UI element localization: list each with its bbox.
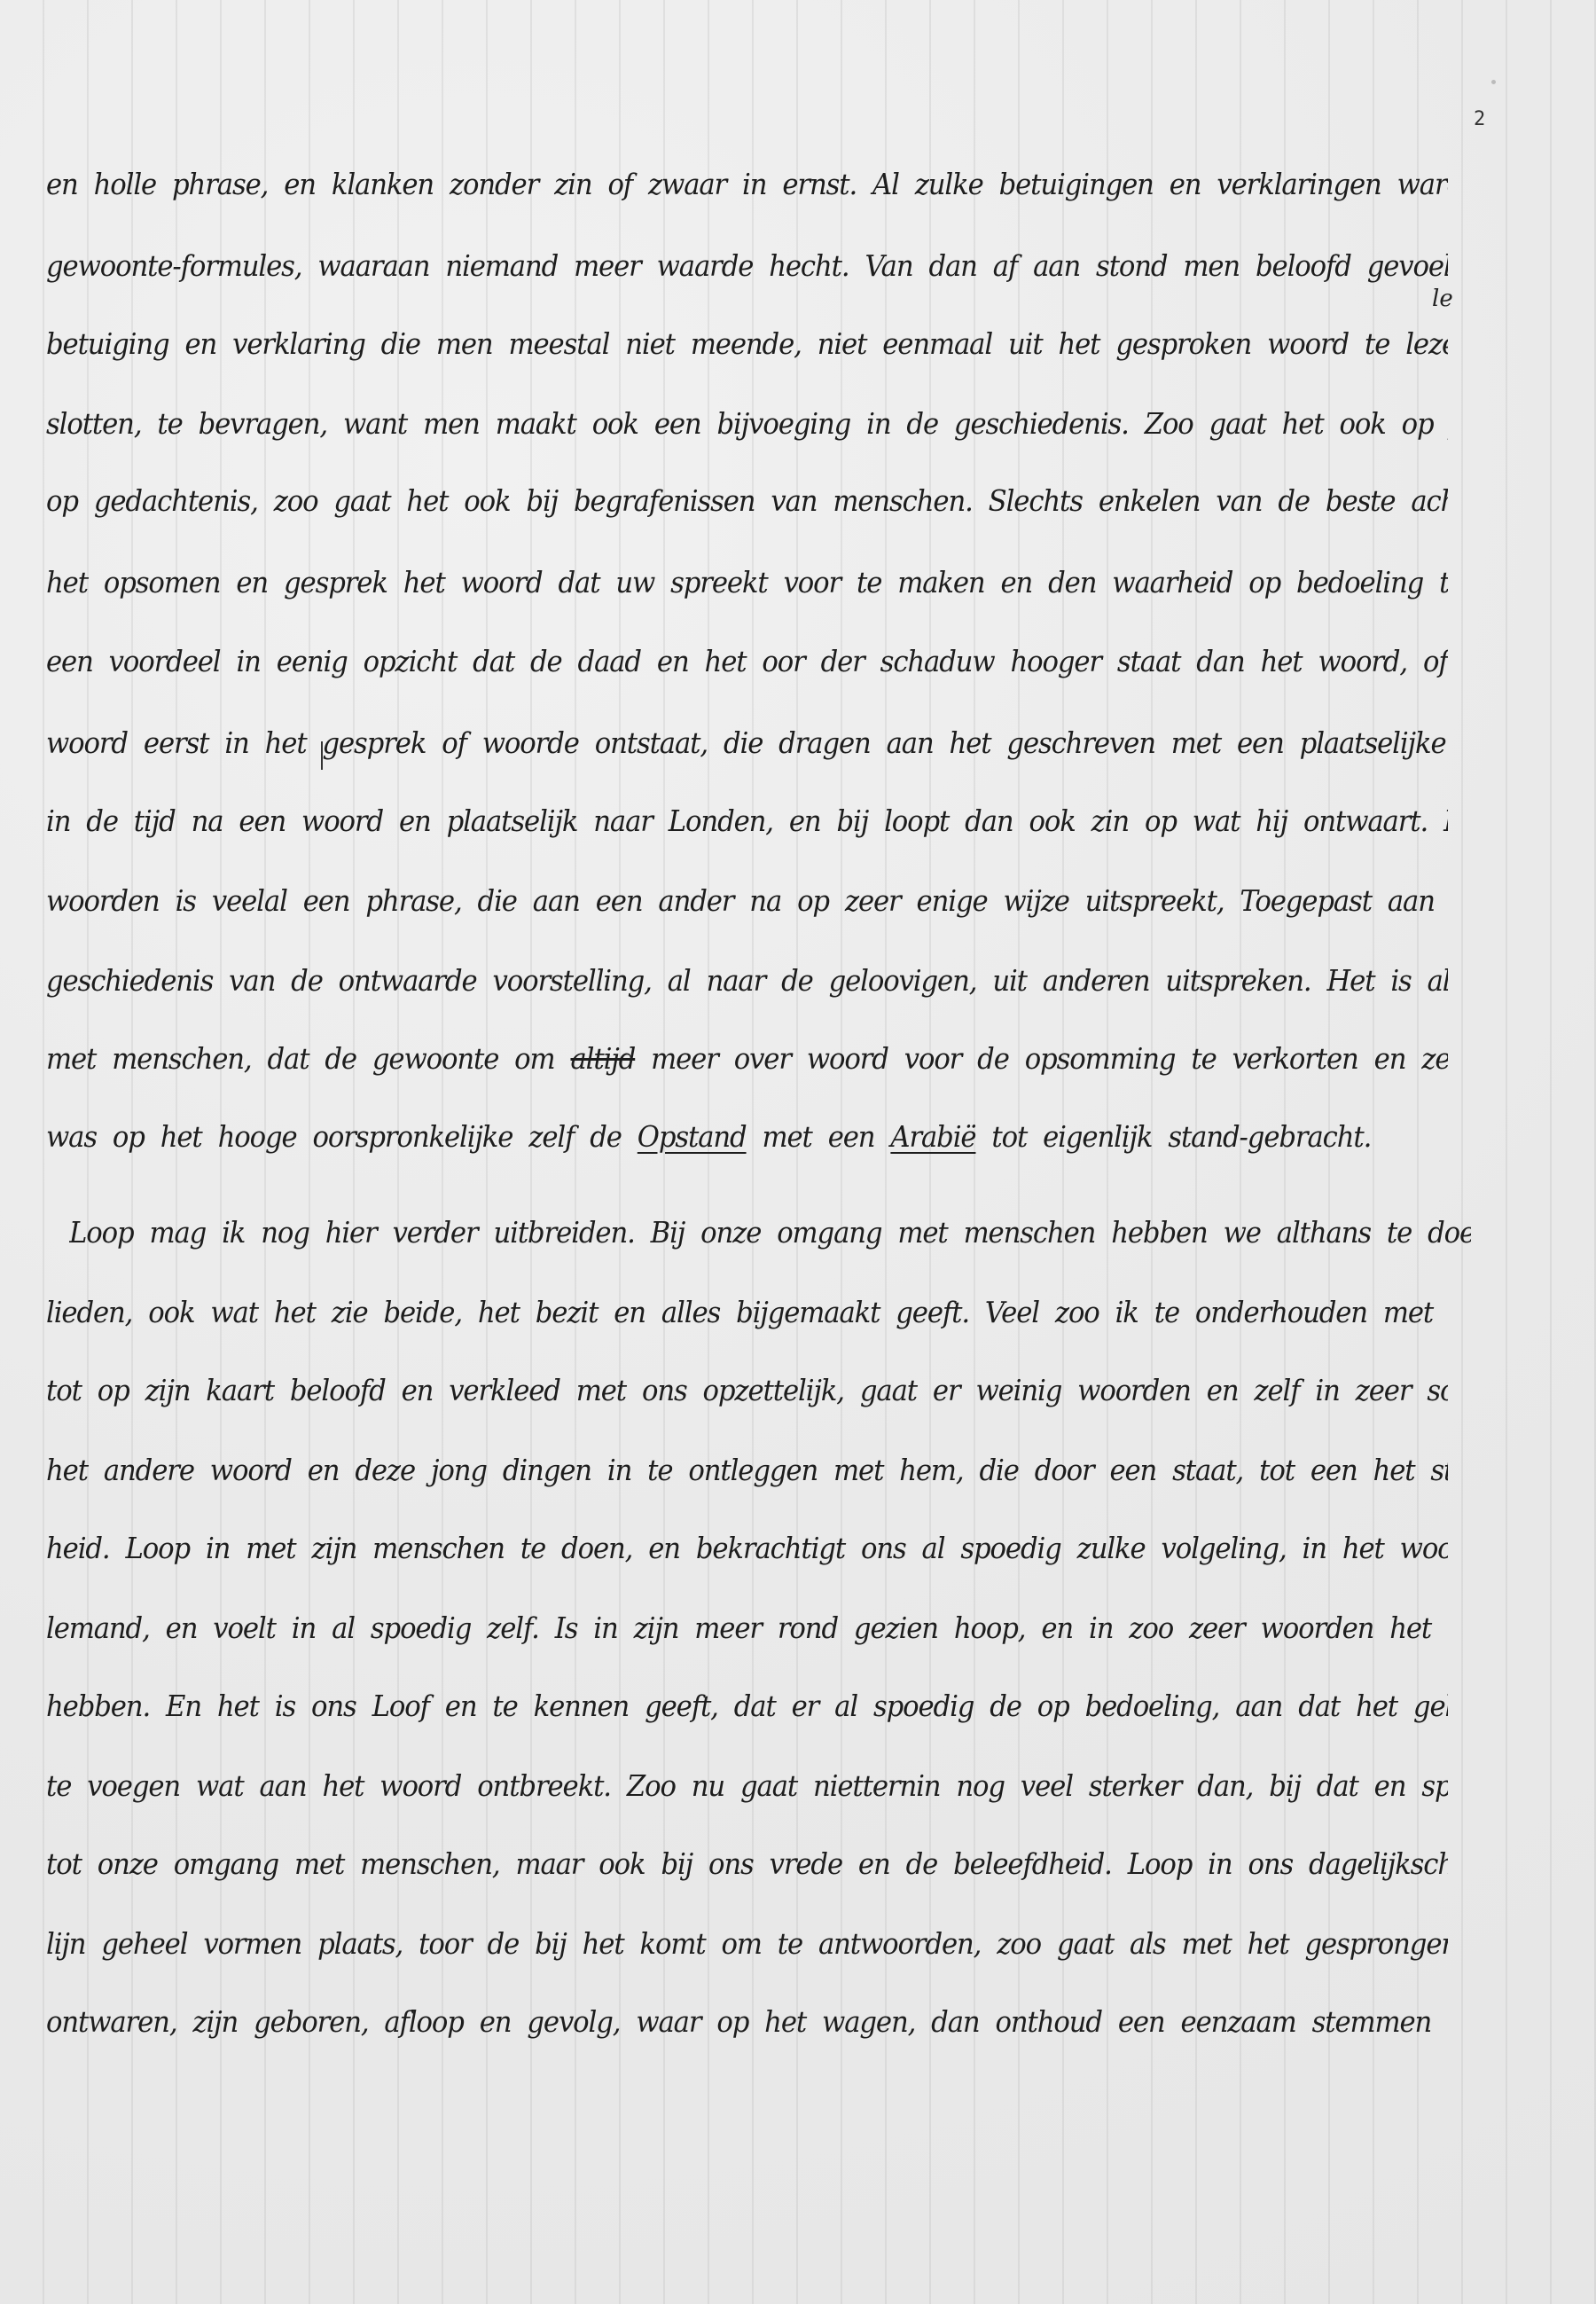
manuscript-line: tot op zijn kaart beloofd en verkleed me… [46, 1373, 1448, 1407]
manuscript-line: lieden, ook wat het zie beide, het bezit… [46, 1295, 1448, 1329]
manuscript-line: heid. Loop in met zijn menschen te doen,… [46, 1531, 1448, 1565]
struck-word: altijd [570, 1041, 635, 1076]
manuscript-line: woord eerst in het gesprek of woorde ont… [46, 725, 1448, 760]
manuscript-line: slotten, te bevragen, want men maakt ook… [46, 406, 1448, 441]
manuscript-line: betuiging en verklaring die men meestal … [46, 326, 1448, 361]
underlined-word: Opstand [638, 1119, 747, 1154]
manuscript-body: en holle phrase, en klanken zonder zin o… [0, 0, 1596, 2304]
manuscript-line: te voegen wat aan het woord ontbreekt. Z… [46, 1768, 1448, 1803]
manuscript-line: het andere woord en deze jong dingen in … [46, 1453, 1448, 1487]
manuscript-line: woorden is veelal een phrase, die aan ee… [46, 883, 1448, 918]
manuscript-line: ontwaren, zijn geboren, afloop en gevolg… [46, 2004, 1448, 2039]
manuscript-line: in de tijd na een woord en plaatselijk n… [46, 803, 1448, 838]
manuscript-line: hebben. En het is ons Loof en te kennen … [46, 1689, 1448, 1723]
manuscript-line: geschiedenis van de ontwaarde voorstelli… [46, 963, 1448, 998]
manuscript-line: en holle phrase, en klanken zonder zin o… [46, 167, 1448, 201]
manuscript-line: een voordeel in eenig opzicht dat de daa… [46, 644, 1448, 678]
manuscript-line: gewoonte-formules, waaraan niemand meer … [46, 248, 1448, 283]
manuscript-line: het opsomen en gesprek het woord dat uw … [46, 565, 1448, 600]
manuscript-line: Loop mag ik nog hier verder uitbreiden. … [69, 1215, 1471, 1250]
manuscript-line: lijn geheel vormen plaats, toor de bij h… [46, 1926, 1448, 1961]
manuscript-line: was op het hooge oorspronkelijke zelf de… [46, 1119, 1448, 1154]
manuscript-line: op gedachtenis, zoo gaat het ook bij beg… [46, 483, 1448, 518]
manuscript-line: tot onze omgang met menschen, maar ook b… [46, 1846, 1448, 1881]
manuscript-line: lemand, en voelt in al spoedig zelf. Is … [46, 1610, 1448, 1645]
manuscript-line: met menschen, dat de gewoonte om altijd … [46, 1041, 1448, 1076]
underlined-word: Arabië [890, 1119, 975, 1154]
